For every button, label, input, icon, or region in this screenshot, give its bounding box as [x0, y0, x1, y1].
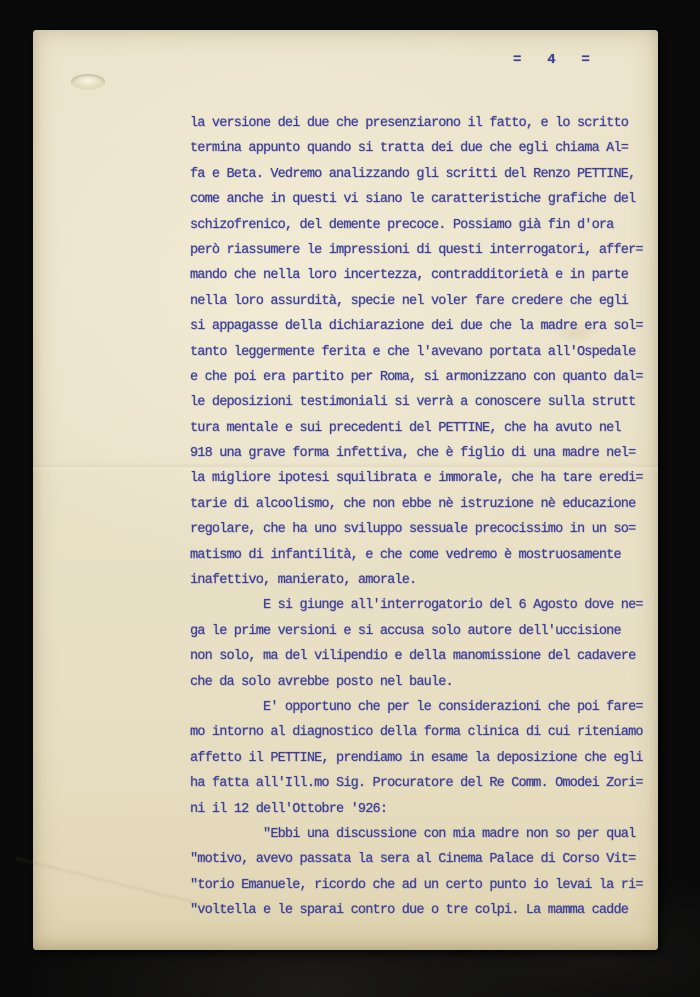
text-line: tanto leggermente ferita e che l'avevano…: [190, 340, 652, 365]
text-line: ni il 12 dell'Ottobre '926:: [190, 797, 652, 822]
text-line: matismo di infantilità, e che come vedre…: [190, 543, 652, 568]
text-line: "Ebbi una discussione con mia madre non …: [190, 822, 652, 847]
text-line: che da solo avrebbe posto nel baule.: [190, 670, 652, 695]
text-line: la migliore ipotesi squilibrata e immora…: [190, 466, 652, 491]
text-line: mo intorno al diagnostico della forma cl…: [190, 720, 652, 745]
text-line: la versione dei due che presenziarono il…: [190, 111, 652, 136]
scanned-document-photo: { "page": { "background_color": "#0a0a0a…: [0, 0, 700, 997]
text-line: mando che nella loro incertezza, contrad…: [190, 263, 652, 288]
text-line: schizofrenico, del demente precoce. Poss…: [190, 213, 652, 238]
typewritten-text-body: la versione dei due che presenziarono il…: [190, 111, 652, 924]
text-line: si appagasse della dichiarazione dei due…: [190, 314, 652, 339]
text-line: e che poi era partito per Roma, si armon…: [190, 365, 652, 390]
text-line: ga le prime versioni e si accusa solo au…: [190, 619, 652, 644]
text-line: tarie di alcoolismo, che non ebbe nè ist…: [190, 492, 652, 517]
text-line: non solo, ma del vilipendio e della mano…: [190, 644, 652, 669]
text-line: E' opportuno che per le considerazioni c…: [190, 695, 652, 720]
text-line: inafettivo, manierato, amorale.: [190, 568, 652, 593]
text-line: fa e Beta. Vedremo analizzando gli scrit…: [190, 162, 652, 187]
text-line: "voltella e le sparai contro due o tre c…: [190, 898, 652, 923]
page-number: = 4 =: [513, 52, 593, 68]
text-line: regolare, che ha uno sviluppo sessuale p…: [190, 517, 652, 542]
text-line: come anche in questi vi siano le caratte…: [190, 187, 652, 212]
text-line: termina appunto quando si tratta dei due…: [190, 136, 652, 161]
text-line: ha fatta all'Ill.mo Sig. Procuratore del…: [190, 771, 652, 796]
text-line: però riassumere le impressioni di questi…: [190, 238, 652, 263]
text-line: E si giunge all'interrogatorio del 6 Ago…: [190, 593, 652, 618]
paper-dent-blemish: [71, 74, 105, 90]
text-line: nella loro assurdità, specie nel voler f…: [190, 289, 652, 314]
text-line: "torio Emanuele, ricordo che ad un certo…: [190, 873, 652, 898]
text-line: 918 una grave forma infettiva, che è fig…: [190, 441, 652, 466]
text-line: le deposizioni testimoniali si verrà a c…: [190, 390, 652, 415]
text-line: tura mentale e sui precedenti del PETTIN…: [190, 416, 652, 441]
text-line: affetto il PETTINE, prendiamo in esame l…: [190, 746, 652, 771]
text-line: "motivo, avevo passata la sera al Cinema…: [190, 847, 652, 872]
document-page: = 4 = la versione dei due che presenziar…: [33, 30, 658, 950]
